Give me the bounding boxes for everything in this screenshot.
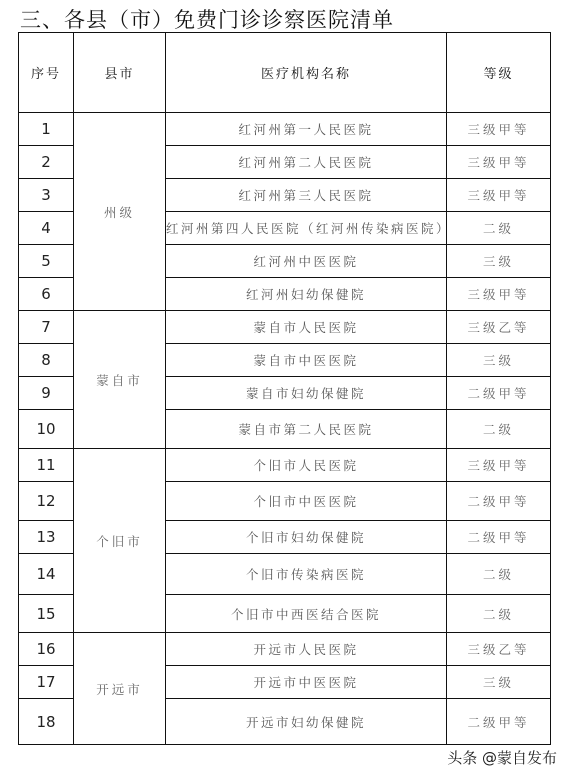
row-number: 18: [19, 699, 74, 745]
institution-name: 红河州第一人民医院: [166, 113, 447, 146]
watermark: 头条 @蒙自发布: [447, 747, 557, 768]
grade-cell: 二级甲等: [447, 482, 551, 521]
institution-name: 蒙自市第二人民医院: [166, 410, 447, 449]
institution-name: 个旧市中西医结合医院: [166, 595, 447, 633]
grade-cell: 三级乙等: [447, 633, 551, 666]
hospital-table: 序号 县市 医疗机构名称 等级 1州级红河州第一人民医院三级甲等2红河州第二人民…: [18, 32, 551, 745]
institution-name: 个旧市人民医院: [166, 449, 447, 482]
grade-cell: 三级甲等: [447, 278, 551, 311]
row-number: 7: [19, 311, 74, 344]
grade-cell: 二级甲等: [447, 377, 551, 410]
grade-cell: 三级: [447, 344, 551, 377]
institution-name: 蒙自市妇幼保健院: [166, 377, 447, 410]
row-number: 2: [19, 146, 74, 179]
table-row: 7蒙自市蒙自市人民医院三级乙等: [19, 311, 551, 344]
row-number: 1: [19, 113, 74, 146]
header-grade: 等级: [447, 33, 551, 113]
grade-cell: 三级乙等: [447, 311, 551, 344]
county-cell: 开远市: [74, 633, 166, 745]
county-cell: 蒙自市: [74, 311, 166, 449]
institution-name: 个旧市妇幼保健院: [166, 521, 447, 554]
grade-cell: 三级: [447, 666, 551, 699]
county-cell: 州级: [74, 113, 166, 311]
row-number: 5: [19, 245, 74, 278]
grade-cell: 三级甲等: [447, 449, 551, 482]
county-cell: 个旧市: [74, 449, 166, 633]
row-number: 17: [19, 666, 74, 699]
grade-cell: 二级: [447, 595, 551, 633]
grade-cell: 二级甲等: [447, 699, 551, 745]
row-number: 3: [19, 179, 74, 212]
row-number: 14: [19, 554, 74, 595]
table-row: 11个旧市个旧市人民医院三级甲等: [19, 449, 551, 482]
row-number: 10: [19, 410, 74, 449]
row-number: 12: [19, 482, 74, 521]
header-institution-name: 医疗机构名称: [166, 33, 447, 113]
table-body: 1州级红河州第一人民医院三级甲等2红河州第二人民医院三级甲等3红河州第三人民医院…: [19, 113, 551, 745]
page-title: 三、各县（市）免费门诊诊察医院清单: [20, 4, 394, 34]
header-county: 县市: [74, 33, 166, 113]
institution-name: 个旧市中医医院: [166, 482, 447, 521]
institution-name: 红河州妇幼保健院: [166, 278, 447, 311]
institution-name: 蒙自市中医医院: [166, 344, 447, 377]
institution-name: 开远市妇幼保健院: [166, 699, 447, 745]
grade-cell: 三级甲等: [447, 113, 551, 146]
row-number: 4: [19, 212, 74, 245]
institution-name: 红河州第二人民医院: [166, 146, 447, 179]
grade-cell: 三级: [447, 245, 551, 278]
grade-cell: 三级甲等: [447, 179, 551, 212]
row-number: 13: [19, 521, 74, 554]
table-header-row: 序号 县市 医疗机构名称 等级: [19, 33, 551, 113]
institution-name: 开远市人民医院: [166, 633, 447, 666]
row-number: 8: [19, 344, 74, 377]
header-no: 序号: [19, 33, 74, 113]
row-number: 15: [19, 595, 74, 633]
row-number: 9: [19, 377, 74, 410]
row-number: 6: [19, 278, 74, 311]
institution-name: 红河州中医医院: [166, 245, 447, 278]
row-number: 11: [19, 449, 74, 482]
institution-name: 蒙自市人民医院: [166, 311, 447, 344]
grade-cell: 二级: [447, 212, 551, 245]
institution-name: 开远市中医医院: [166, 666, 447, 699]
institution-name: 红河州第四人民医院（红河州传染病医院）: [166, 212, 447, 245]
grade-cell: 二级甲等: [447, 521, 551, 554]
grade-cell: 二级: [447, 554, 551, 595]
table-row: 16开远市开远市人民医院三级乙等: [19, 633, 551, 666]
table-row: 1州级红河州第一人民医院三级甲等: [19, 113, 551, 146]
grade-cell: 三级甲等: [447, 146, 551, 179]
row-number: 16: [19, 633, 74, 666]
grade-cell: 二级: [447, 410, 551, 449]
institution-name: 红河州第三人民医院: [166, 179, 447, 212]
institution-name: 个旧市传染病医院: [166, 554, 447, 595]
